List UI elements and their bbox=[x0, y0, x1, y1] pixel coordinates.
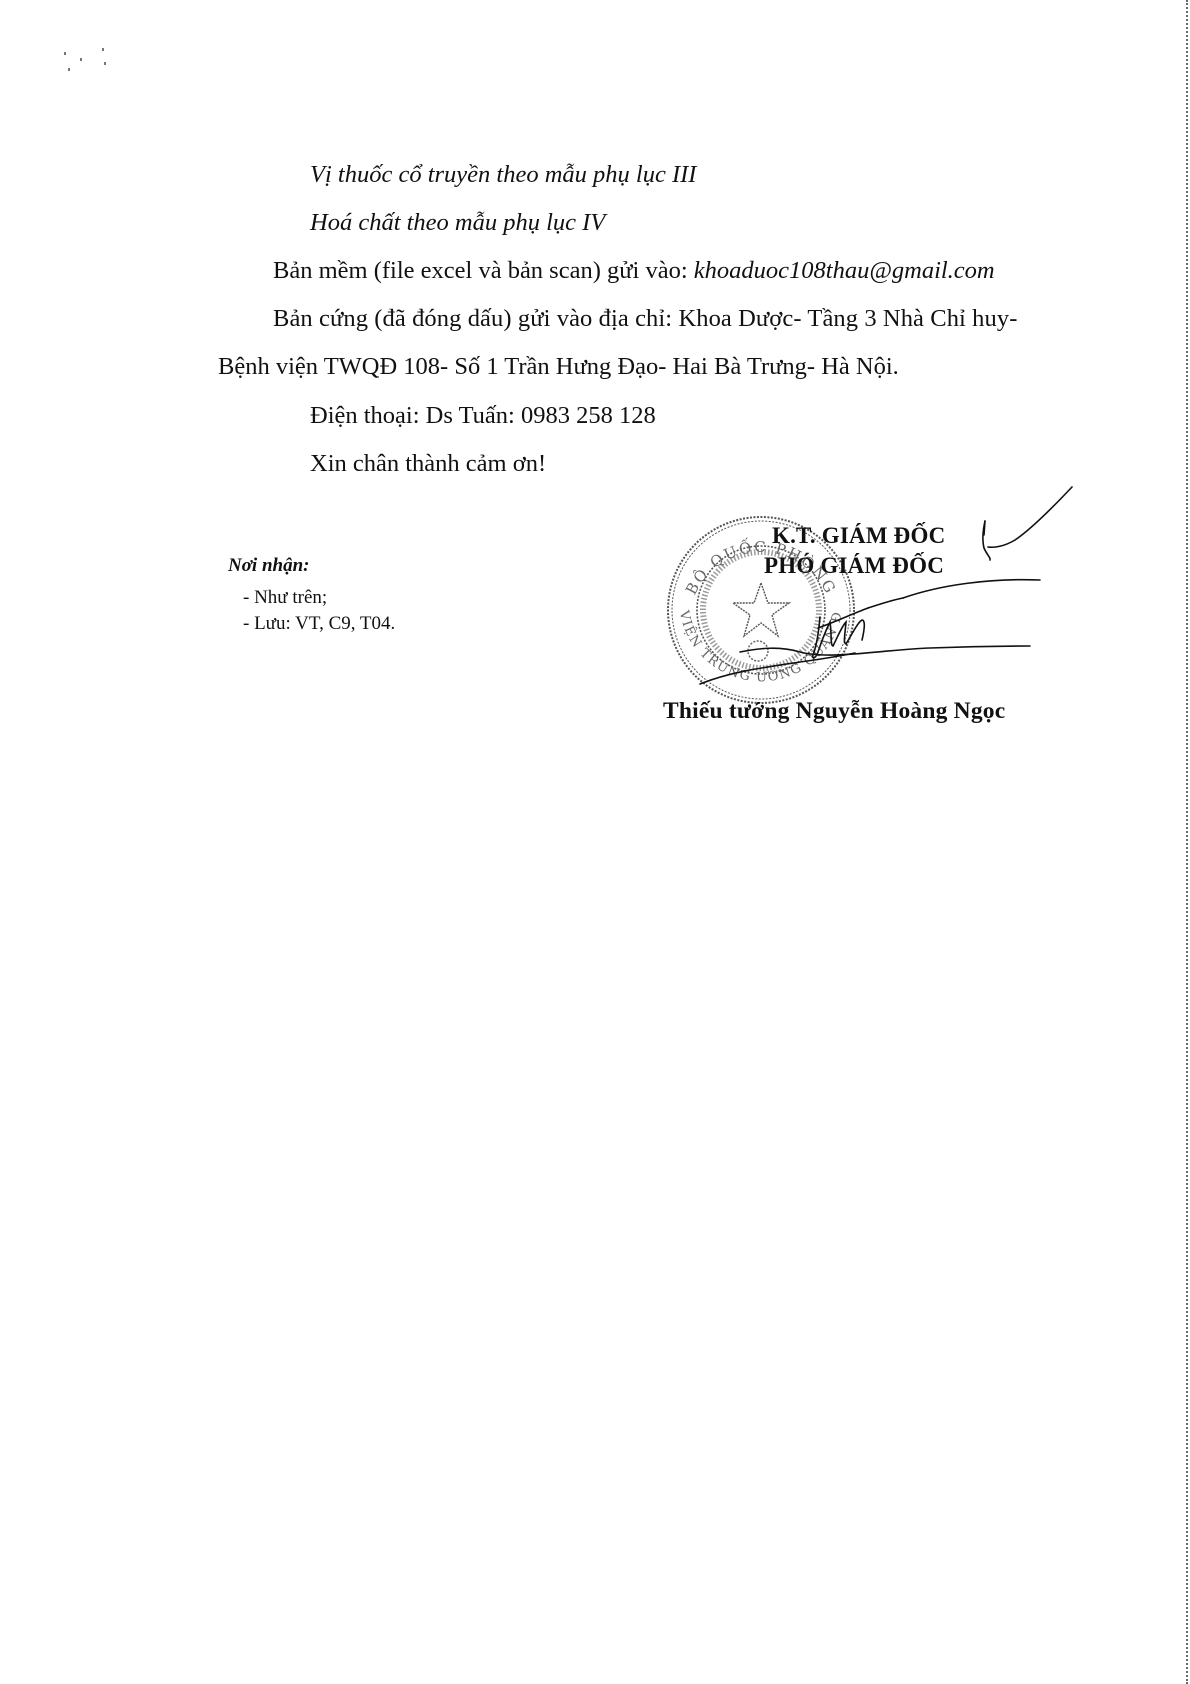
signer-name: Thiếu tướng Nguyễn Hoàng Ngọc bbox=[663, 700, 1005, 724]
handwritten-signature bbox=[0, 0, 1190, 760]
document-page: Vị thuốc cổ truyền theo mẫu phụ lục III … bbox=[0, 0, 1190, 1684]
